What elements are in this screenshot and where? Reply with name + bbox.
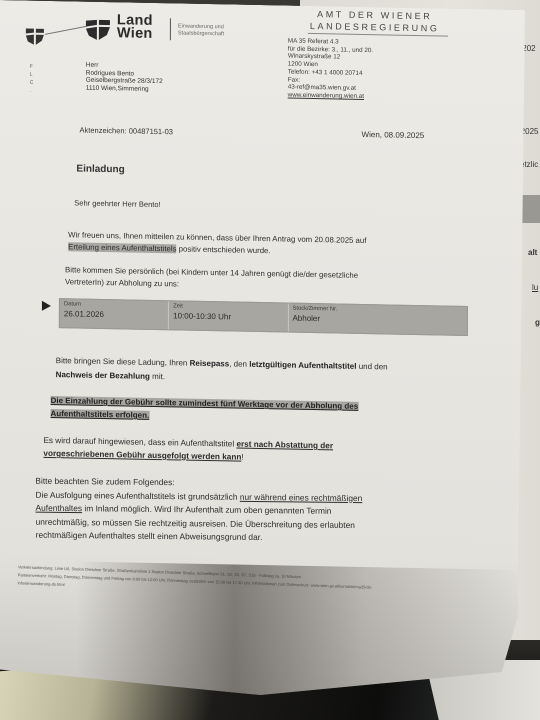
authority-name: AMT DER WIENER LANDESREGIERUNG: [310, 8, 440, 34]
documents-paragraph: Bitte bringen Sie diese Ladung, Ihren Re…: [56, 354, 388, 388]
recipient-address: Herr Rodrigues Bento Geiselbergstraße 28…: [86, 62, 163, 93]
file-reference: Aktenzeichen: 00487151-03: [80, 126, 173, 137]
brand-separator: [170, 18, 171, 40]
letter-page: Land Wien Einwanderung und Staatsbürgers…: [0, 0, 525, 700]
fold-marks: FL C.: [30, 63, 34, 95]
bg-edge-text: g: [535, 318, 540, 327]
vienna-shield-icon: [25, 27, 45, 45]
logo-connector-line: [45, 26, 86, 35]
bg-edge-text: alt: [528, 248, 537, 257]
legal-residence-paragraph: Bitte beachten Sie zudem Folgendes: Die …: [35, 475, 362, 546]
letter-date: Wien, 08.09.2025: [362, 130, 425, 140]
appointment-date-cell: Datum 26.01.2026: [60, 299, 169, 329]
bg-edge-text: lu: [532, 283, 538, 292]
pickup-instruction: Bitte kommen Sie persönlich (bei Kindern…: [65, 264, 358, 294]
department-contact: MA 35 Referat 4.3 für die Bezirke: 3., 1…: [288, 38, 374, 101]
brand-name: Land Wien: [117, 14, 153, 41]
department-website-link[interactable]: www.einwanderung.wien.at: [288, 91, 373, 100]
pointer-arrow-icon: [42, 301, 51, 311]
bg-table-fragment: [520, 195, 540, 223]
appointment-table: Datum 26.01.2026 Zeit 10:00-10:30 Uhr St…: [59, 298, 468, 336]
letter-footer: Verkehrsanbindung: Linie U6, Station Dre…: [18, 563, 373, 599]
fee-notice: Die Einzahlung der Gebühr sollte zuminde…: [51, 394, 359, 426]
land-wien-logo-icon: [85, 19, 111, 41]
greeting: Sehr geehrter Herr Bento!: [74, 198, 160, 209]
fee-payment-paragraph: Es wird darauf hingewiesen, dass ein Auf…: [43, 434, 333, 466]
appointment-time-cell: Zeit 10:00-10:30 Uhr: [169, 301, 288, 331]
highlight-permit: Erteilung eines Aufenthaltstitels: [68, 242, 176, 253]
appointment-room-cell: Stock/Zimmer Nr. Abholer: [288, 304, 467, 335]
letter-title: Einladung: [76, 163, 124, 175]
approval-paragraph: Wir freuen uns, Ihnen mitteilen zu könne…: [68, 229, 366, 259]
brand-subtitle: Einwanderung und Staatsbürgerschaft: [178, 23, 224, 38]
